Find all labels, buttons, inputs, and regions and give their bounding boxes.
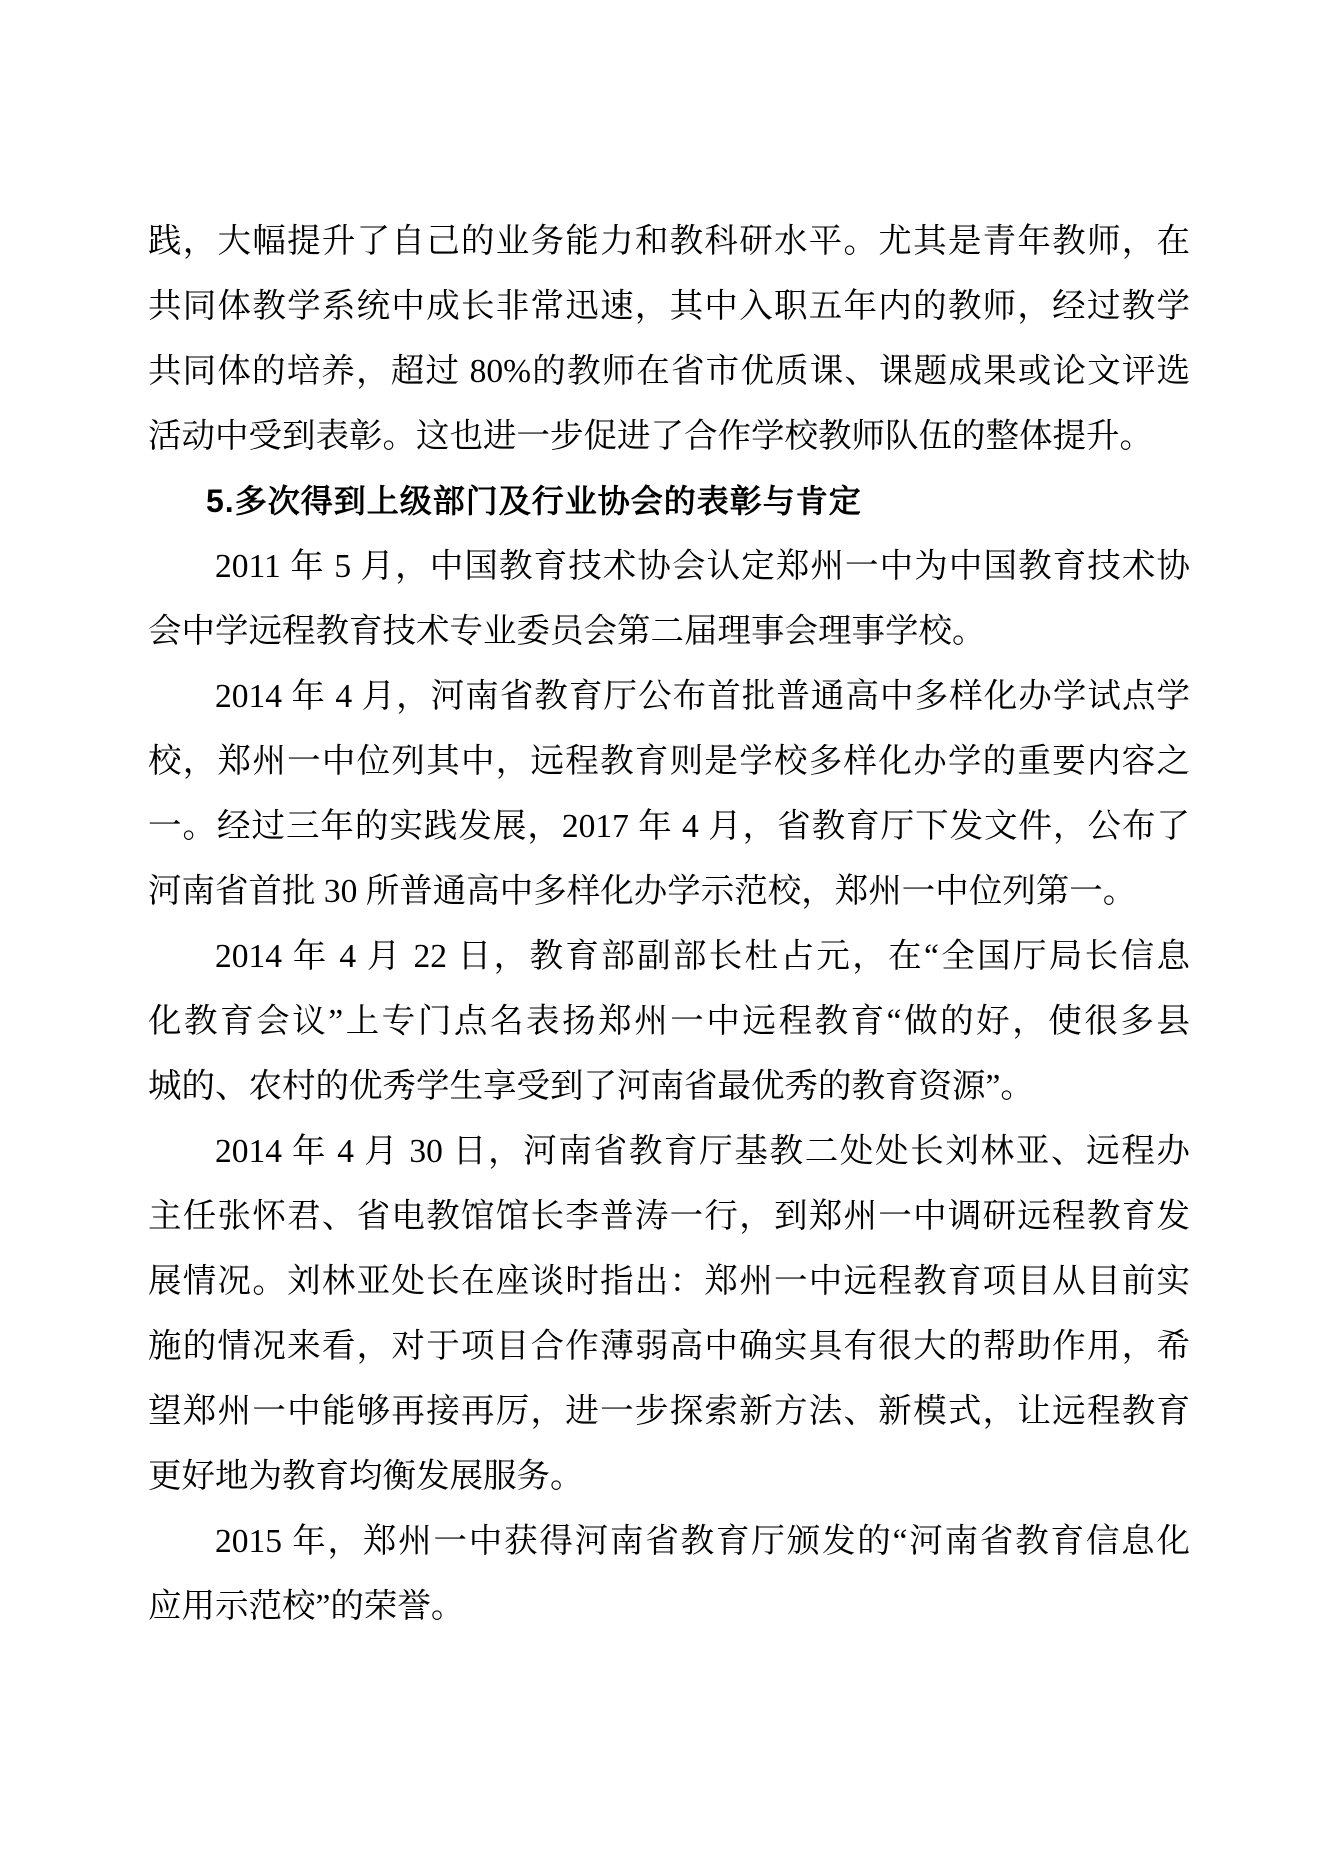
text-line: 城的、农村的优秀学生享受到了河南省最优秀的教育资源”。 <box>148 1054 1190 1119</box>
text-line: 践，大幅提升了自己的业务能力和教科研水平。尤其是青年教师，在 <box>148 209 1190 274</box>
text-line: 会中学远程教育技术专业委员会第二届理事会理事学校。 <box>148 599 1190 664</box>
text-line: 2014 年 4 月 30 日，河南省教育厅基教二处处长刘林亚、远程办 <box>148 1119 1190 1184</box>
text-line: 2014 年 4 月 22 日，教育部副部长杜占元，在“全国厅局长信息 <box>148 924 1190 989</box>
text-line: 2011 年 5 月，中国教育技术协会认定郑州一中为中国教育技术协 <box>148 534 1190 599</box>
text-line: 施的情况来看，对于项目合作薄弱高中确实具有很大的帮助作用，希 <box>148 1314 1190 1379</box>
text-line: 共同体教学系统中成长非常迅速，其中入职五年内的教师，经过教学 <box>148 274 1190 339</box>
text-line: 校，郑州一中位列其中，远程教育则是学校多样化办学的重要内容之 <box>148 729 1190 794</box>
text-line: 主任张怀君、省电教馆馆长李普涛一行，到郑州一中调研远程教育发 <box>148 1184 1190 1249</box>
text-line: 活动中受到表彰。这也进一步促进了合作学校教师队伍的整体提升。 <box>148 404 1190 469</box>
text-line: 化教育会议”上专门点名表扬郑州一中远程教育“做的好，使很多县 <box>148 989 1190 1054</box>
text-line: 一。经过三年的实践发展，2017 年 4 月，省教育厅下发文件，公布了 <box>148 794 1190 859</box>
text-line: 2014 年 4 月，河南省教育厅公布首批普通高中多样化办学试点学 <box>148 664 1190 729</box>
text-line: 望郑州一中能够再接再厉，进一步探索新方法、新模式，让远程教育 <box>148 1379 1190 1444</box>
text-line: 展情况。刘林亚处长在座谈时指出：郑州一中远程教育项目从目前实 <box>148 1249 1190 1314</box>
text-line: 2015 年，郑州一中获得河南省教育厅颁发的“河南省教育信息化 <box>148 1509 1190 1574</box>
document-body: 践，大幅提升了自己的业务能力和教科研水平。尤其是青年教师，在 共同体教学系统中成… <box>148 209 1190 1639</box>
text-line: 河南省首批 30 所普通高中多样化办学示范校，郑州一中位列第一。 <box>148 859 1190 924</box>
text-line: 更好地为教育均衡发展服务。 <box>148 1444 1190 1509</box>
section-heading: 5.多次得到上级部门及行业协会的表彰与肯定 <box>148 469 1190 534</box>
document-page: 践，大幅提升了自己的业务能力和教科研水平。尤其是青年教师，在 共同体教学系统中成… <box>0 0 1323 1871</box>
text-line: 应用示范校”的荣誉。 <box>148 1574 1190 1639</box>
text-line: 共同体的培养，超过 80%的教师在省市优质课、课题成果或论文评选 <box>148 339 1190 404</box>
